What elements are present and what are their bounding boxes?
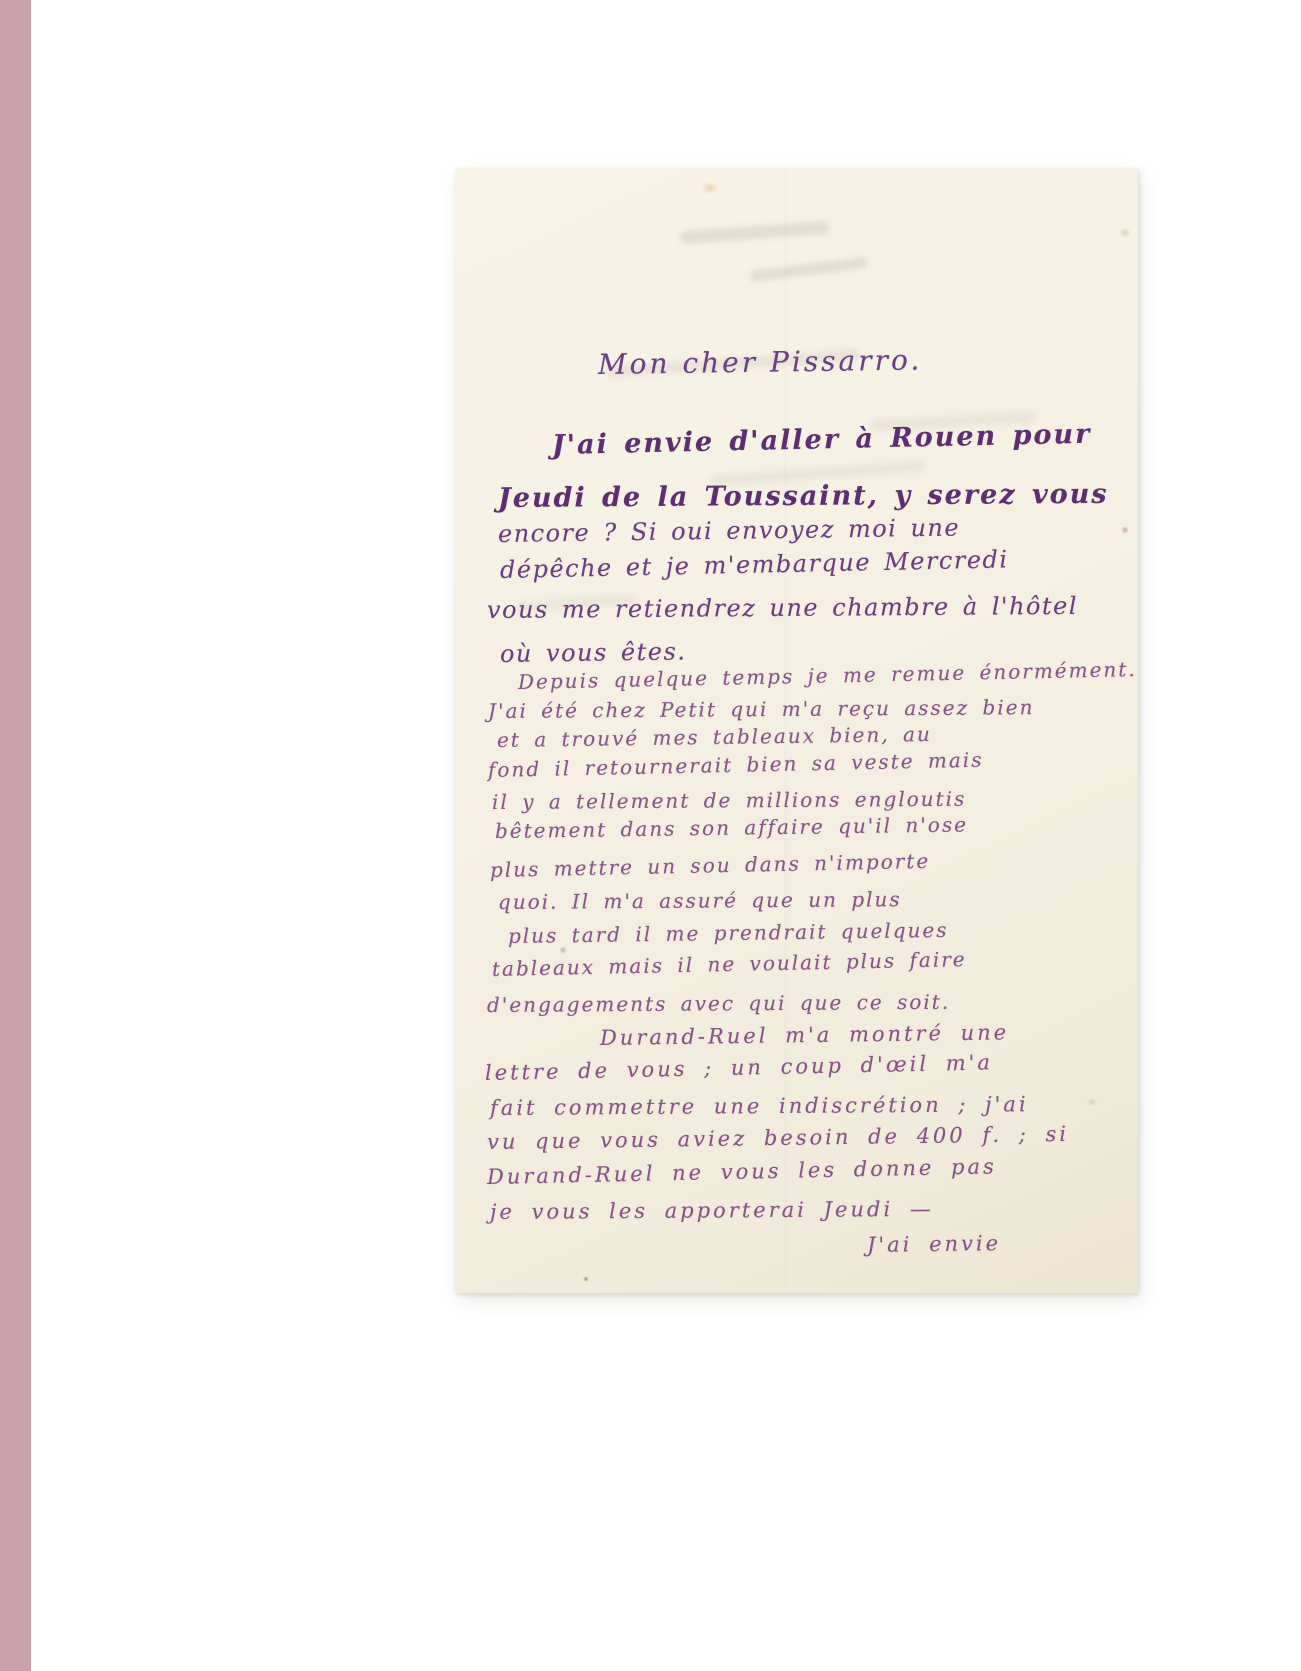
letter-line: bêtement dans son affaire qu'il n'ose (495, 812, 968, 843)
letter-line: dépêche et je m'embarque Mercredi (500, 545, 1009, 584)
catalog-page: { "page": { "background_color": "#ffffff… (0, 0, 1301, 1671)
letter-line: je vous les apporterai Jeudi — (490, 1197, 934, 1224)
letter-line: Durand-Ruel m'a montré une (600, 1020, 1009, 1050)
letter-line: plus tard il me prendrait quelques (508, 918, 949, 948)
letter-line: J'ai envie d'aller à Rouen pour (552, 419, 1092, 461)
letter-line: J'ai été chez Petit qui m'a reçu assez b… (488, 695, 1035, 723)
letter-salutation: Mon cher Pissarro. (598, 343, 923, 381)
letter-paper: Mon cher Pissarro. J'ai envie d'aller à … (455, 168, 1138, 1293)
left-accent-stripe (0, 0, 31, 1671)
letter-closing-catchword: J'ai envie (867, 1231, 1001, 1257)
foxing-spot (583, 1276, 589, 1282)
letter-line: lettre de vous ; un coup d'œil m'a (485, 1050, 993, 1085)
letter-line: où vous êtes. (500, 637, 687, 668)
letter-line: fond il retournerait bien sa veste mais (488, 748, 984, 782)
foxing-spot (1119, 228, 1131, 238)
foxing-spot (701, 182, 719, 194)
letter-line: fait commettre une indiscrétion ; j'ai (490, 1092, 1029, 1120)
foxing-spot (1087, 1098, 1097, 1106)
letter-line: et a trouvé mes tableaux bien, au (497, 722, 932, 752)
letter-line: il y a tellement de millions engloutis (492, 787, 966, 814)
letter-line: vu que vous aviez besoin de 400 f. ; si (487, 1122, 1069, 1154)
letter-line: encore ? Si oui envoyez moi une (498, 514, 960, 548)
letter-line: Durand-Ruel ne vous les donne pas (487, 1154, 997, 1189)
letter-line: d'engagements avec qui que ce soit. (487, 990, 950, 1017)
letter-line: tableaux mais il ne voulait plus faire (492, 947, 967, 981)
letter-line: plus mettre un sou dans n'importe (490, 849, 931, 882)
letter-line: quoi. Il m'a assuré que un plus (498, 887, 902, 914)
foxing-spot (1121, 526, 1129, 534)
letter-line: vous me retiendrez une chambre à l'hôtel (487, 592, 1078, 624)
ink-show-through (680, 221, 831, 244)
ink-show-through (750, 257, 868, 282)
letter-line: Jeudi de la Toussaint, y serez vous (498, 479, 1109, 514)
